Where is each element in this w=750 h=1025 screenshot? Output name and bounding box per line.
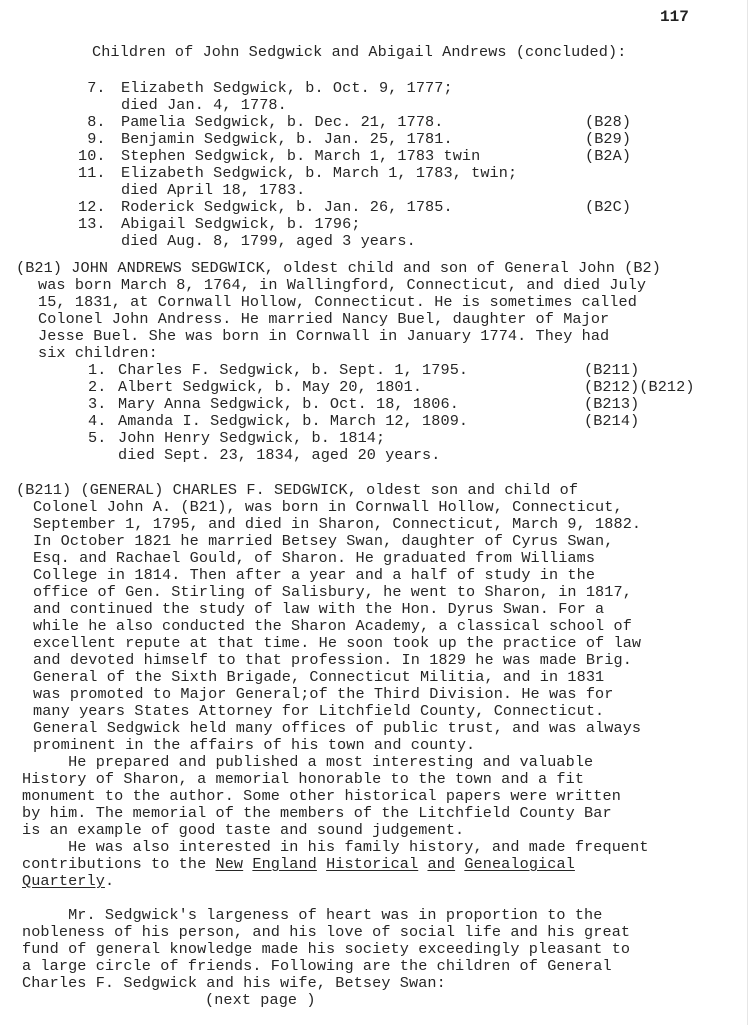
paragraph-line: Colonel John Andress. He married Nancy B… <box>38 311 609 328</box>
paragraph-line: Mr. Sedgwick's largeness of heart was in… <box>22 907 602 924</box>
document-page: 117 Children of John Sedgwick and Abigai… <box>0 0 750 1025</box>
paragraph-line: office of Gen. Stirling of Salisbury, he… <box>33 584 632 601</box>
list-item-number: 4. <box>88 413 106 430</box>
paragraph-line: General of the Sixth Brigade, Connecticu… <box>33 669 604 686</box>
list-item: died Aug. 8, 1799, aged 3 years. <box>121 233 416 250</box>
list-item: died Jan. 4, 1778. <box>121 97 287 114</box>
paragraph-line: General Sedgwick held many offices of pu… <box>33 720 641 737</box>
paragraph-line: (B211) (GENERAL) CHARLES F. SEDGWICK, ol… <box>16 482 578 499</box>
list-item: Elizabeth Sedgwick, b. March 1, 1783, tw… <box>121 165 517 182</box>
paragraph-line: History of Sharon, a memorial honorable … <box>22 771 584 788</box>
list-item: Roderick Sedgwick, b. Jan. 26, 1785. <box>121 199 453 216</box>
paragraph-line: Colonel John A. (B21), was born in Cornw… <box>33 499 623 516</box>
list-item-number: 1. <box>88 362 106 379</box>
paragraph-line: Quarterly. <box>22 873 114 890</box>
list-item: Amanda I. Sedgwick, b. March 12, 1809. <box>118 413 468 430</box>
reference-code: (B28) <box>585 114 631 131</box>
list-item: died Sept. 23, 1834, aged 20 years. <box>118 447 441 464</box>
list-item: Pamelia Sedgwick, b. Dec. 21, 1778. <box>121 114 444 131</box>
paragraph-line: He was also interested in his family his… <box>22 839 649 856</box>
paragraph-line: contributions to the New England Histori… <box>22 856 575 873</box>
underlined-title-word: Historical <box>326 855 418 873</box>
paragraph-line: many years States Attorney for Litchfiel… <box>33 703 604 720</box>
list-item-number: 8. <box>78 114 106 131</box>
paragraph-line: a large circle of friends. Following are… <box>22 958 612 975</box>
heading: Children of John Sedgwick and Abigail An… <box>92 44 626 61</box>
paragraph-line: by him. The memorial of the members of t… <box>22 805 612 822</box>
list-item: Benjamin Sedgwick, b. Jan. 25, 1781. <box>121 131 453 148</box>
list-item-number: 13. <box>78 216 106 233</box>
paragraph-line: was promoted to Major General;of the Thi… <box>33 686 613 703</box>
reference-code: (B2C) <box>585 199 631 216</box>
paragraph-line: Charles F. Sedgwick and his wife, Betsey… <box>22 975 446 992</box>
list-item: Stephen Sedgwick, b. March 1, 1783 twin <box>121 148 480 165</box>
list-item-number: 11. <box>78 165 106 182</box>
underlined-title-word: Genealogical <box>464 855 575 873</box>
reference-code: (B29) <box>585 131 631 148</box>
paragraph-line: fund of general knowledge made his socie… <box>22 941 630 958</box>
paragraph-line: September 1, 1795, and died in Sharon, C… <box>33 516 641 533</box>
list-item-number: 3. <box>88 396 106 413</box>
paragraph-line: excellent repute at that time. He soon t… <box>33 635 641 652</box>
list-item: Abigail Sedgwick, b. 1796; <box>121 216 361 233</box>
list-item: Mary Anna Sedgwick, b. Oct. 18, 1806. <box>118 396 459 413</box>
list-item: died April 18, 1783. <box>121 182 305 199</box>
paragraph-line: In October 1821 he married Betsey Swan, … <box>33 533 613 550</box>
paragraph-line: while he also conducted the Sharon Acade… <box>33 618 632 635</box>
paragraph-line: College in 1814. Then after a year and a… <box>33 567 595 584</box>
reference-code: (B213) <box>584 396 639 413</box>
list-item: John Henry Sedgwick, b. 1814; <box>118 430 385 447</box>
paragraph-line: nobleness of his person, and his love of… <box>22 924 630 941</box>
reference-code: (B214) <box>584 413 639 430</box>
paragraph-line: and devoted himself to that profession. … <box>33 652 632 669</box>
list-item-number: 2. <box>88 379 106 396</box>
paragraph-line: Jesse Buel. She was born in Cornwall in … <box>38 328 609 345</box>
list-item-number: 5. <box>88 430 106 447</box>
paragraph-line: 15, 1831, at Cornwall Hollow, Connecticu… <box>38 294 637 311</box>
list-item-number: 9. <box>78 131 106 148</box>
next-page-note: (next page ) <box>205 992 316 1009</box>
reference-code: (B212)(B212) <box>584 379 695 396</box>
list-item-number: 12. <box>78 199 106 216</box>
paragraph-line: prominent in the affairs of his town and… <box>33 737 475 754</box>
list-item-number: 7. <box>78 80 106 97</box>
underlined-title-word: and <box>427 855 455 873</box>
paragraph-line: was born March 8, 1764, in Wallingford, … <box>38 277 646 294</box>
paragraph-line: He prepared and published a most interes… <box>22 754 593 771</box>
paragraph-line: six children: <box>38 345 158 362</box>
reference-code: (B2A) <box>585 148 631 165</box>
underlined-title-word: New <box>216 855 244 873</box>
paragraph-line: monument to the author. Some other histo… <box>22 788 621 805</box>
page-edge <box>747 0 748 1025</box>
underlined-title-word: Quarterly <box>22 872 105 890</box>
list-item: Charles F. Sedgwick, b. Sept. 1, 1795. <box>118 362 468 379</box>
paragraph-line: and continued the study of law with the … <box>33 601 604 618</box>
list-item: Elizabeth Sedgwick, b. Oct. 9, 1777; <box>121 80 453 97</box>
underlined-title-word: England <box>252 855 317 873</box>
paragraph-line: (B21) JOHN ANDREWS SEDGWICK, oldest chil… <box>16 260 661 277</box>
page-number: 117 <box>660 8 689 26</box>
paragraph-line: is an example of good taste and sound ju… <box>22 822 464 839</box>
paragraph-line: Esq. and Rachael Gould, of Sharon. He gr… <box>33 550 595 567</box>
list-item-number: 10. <box>78 148 106 165</box>
list-item: Albert Sedgwick, b. May 20, 1801. <box>118 379 422 396</box>
reference-code: (B211) <box>584 362 639 379</box>
